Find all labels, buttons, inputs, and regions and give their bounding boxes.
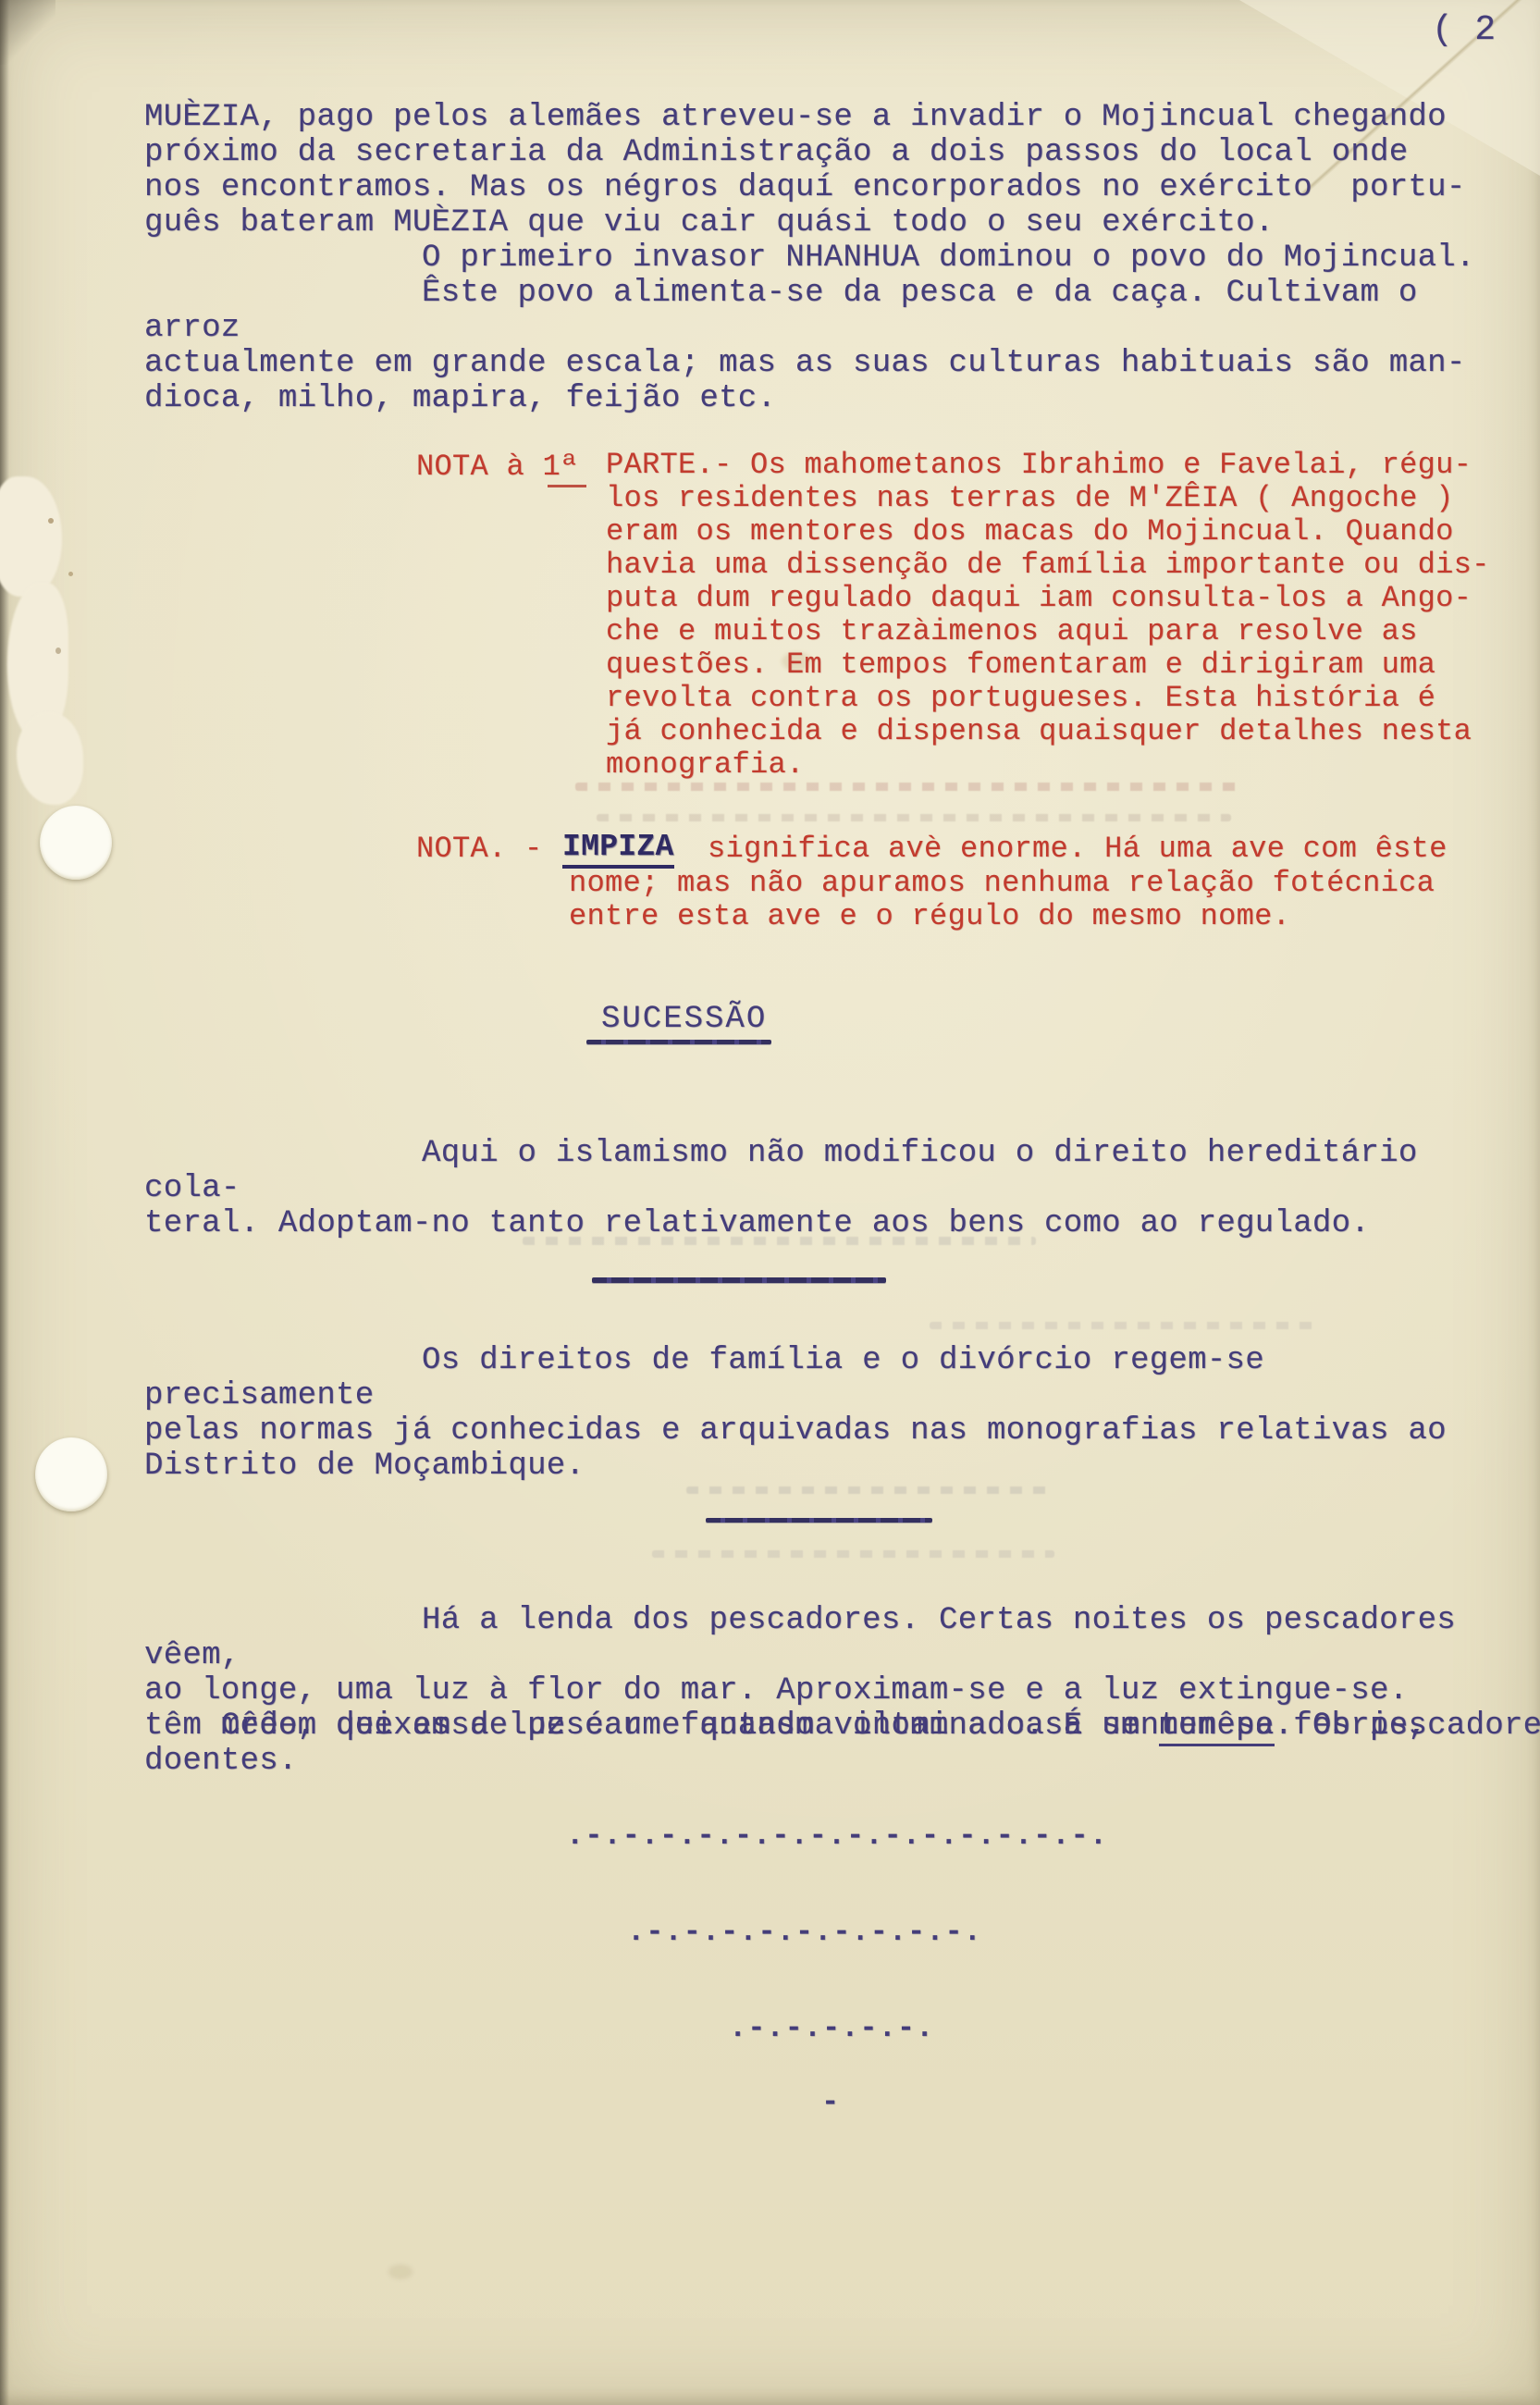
dotted-line-2: .-.-.-.-.-.-.-.-.-.	[627, 1915, 982, 1950]
paper-speck	[55, 647, 61, 654]
nota2-term-impiza: IMPIZA	[562, 830, 674, 869]
punch-hole-bottom	[35, 1437, 107, 1511]
heading-underline	[586, 1040, 771, 1044]
heading-sucessao: SUCESSÃO	[601, 1002, 767, 1037]
ghost-text	[575, 783, 1245, 791]
nota2-line1: significa avè enorme. Há uma ave com êst…	[708, 832, 1448, 866]
ghost-text	[930, 1322, 1318, 1329]
page-number: ( 2	[1432, 13, 1496, 48]
nota1-label: NOTA à 1ª	[416, 450, 579, 484]
divider-1	[592, 1277, 886, 1283]
typewritten-page: ( 2 MUÈZIA, pago pelos alemães atreveu-s…	[0, 0, 1540, 2405]
paragraph-direitos-familia: Os direitos de família e o divórcio rege…	[144, 1343, 1513, 1484]
paragraph-lenda-part2: têm mêdo, deixam de pescar e quando volt…	[144, 1708, 1513, 1779]
nota2-label: NOTA. -	[416, 832, 543, 866]
punch-hole-top	[40, 806, 112, 880]
paragraph-primeiro-invasor: O primeiro invasor NHANHUA dominou o pov…	[144, 240, 1513, 276]
paper-speck	[48, 518, 54, 524]
single-dash: -	[821, 2085, 840, 2120]
ghost-text	[686, 1486, 1056, 1494]
stain	[388, 2264, 413, 2279]
nota1-body: PARTE.- Os mahometanos Ibrahimo e Favela…	[606, 449, 1522, 782]
paragraph-muezia: MUÈZIA, pago pelos alemães atreveu-se a …	[144, 100, 1513, 240]
paper-speck	[68, 572, 73, 576]
paper-tear	[17, 712, 83, 805]
top-left-corner-shadow	[0, 0, 55, 65]
ghost-text	[652, 1550, 1054, 1558]
ghost-text	[597, 814, 1231, 821]
left-edge-shadow	[0, 0, 9, 2405]
nota2-body: nome; mas não apuramos nenhuma relação f…	[569, 867, 1522, 933]
dotted-line-1: .-.-.-.-.-.-.-.-.-.-.-.-.-.-.	[566, 1819, 1108, 1854]
paragraph-sucessao-body: Aqui o islamismo não modificou o direito…	[144, 1136, 1513, 1241]
dotted-line-3: .-.-.-.-.-.	[729, 2011, 934, 2046]
paragraph-este-povo: Êste povo alimenta-se da pesca e da caça…	[144, 276, 1513, 416]
ordinal-underline	[548, 485, 586, 487]
divider-2	[706, 1518, 932, 1523]
paper-tear	[0, 476, 62, 597]
